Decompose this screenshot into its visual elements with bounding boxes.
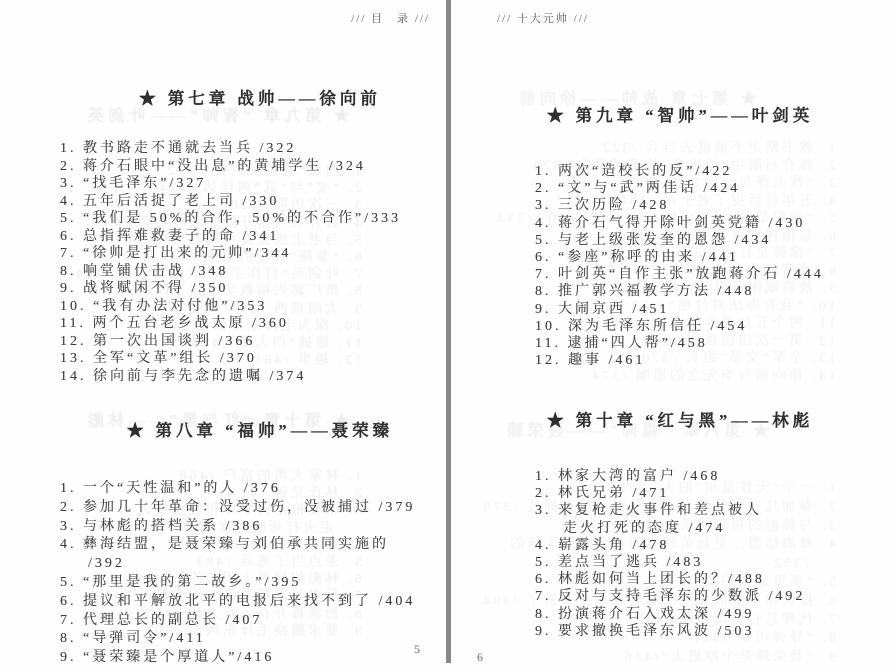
toc-entry: 12. 趣事 /461 [535, 352, 891, 369]
toc-entry: 12. 第一次出国谈判 /366 [60, 333, 432, 351]
toc-entry: 10. “我有办法对付他”/353 [60, 298, 432, 316]
chapter-toc-list: 1. 林家大湾的富户 /4682. 林氏兄弟 /4713. 来复枪走火事件和差点… [535, 468, 891, 640]
toc-entry: 7. “徐帅是打出来的元帅”/344 [60, 245, 432, 263]
chapter-toc-list: 1. 一个“天性温和”的人 /3762. 参加几十年革命：没受过伤，没被捕过 /… [60, 480, 432, 668]
toc-entry: 2. 蒋介石眼中“没出息”的黄埔学生 /324 [60, 158, 432, 176]
page-number-left: 5 [414, 642, 420, 657]
toc-entry: 6. 提议和平解放北平的电报后来找不到了 /404 [60, 593, 432, 612]
toc-entry: 2. 林氏兄弟 /471 [535, 485, 891, 502]
toc-entry: 1. 两次“造校长的反”/422 [535, 163, 891, 180]
toc-entry: 9. 要求撤换毛泽东风波 /503 [535, 623, 891, 640]
chapter-section: ★ 第十章 “红与黑”——林彪1. 林家大湾的富户 /4682. 林氏兄弟 /4… [535, 410, 891, 640]
toc-entry: 14. 徐向前与李先念的遗嘱 /374 [60, 368, 432, 386]
toc-entry: 3. “找毛泽东”/327 [60, 175, 432, 193]
toc-entry: 6. “参座”称呼的由来 /441 [535, 249, 891, 266]
toc-entry: 6. 总指挥难救妻子的命 /341 [60, 228, 432, 246]
toc-entry: 9. 战将赋闲不得 /350 [60, 280, 432, 298]
chapter-title: ★ 第九章 “智帅”——叶剑英 [535, 105, 891, 126]
toc-entry: 3. 三次历险 /428 [535, 197, 891, 214]
toc-entry: 9. 大闹京西 /451 [535, 301, 891, 318]
chapter-section: ★ 第九章 “智帅”——叶剑英1. 两次“造校长的反”/4222. “文”与“武… [535, 105, 891, 369]
toc-entry: 5. “我们是 50%的合作，50%的不合作”/333 [60, 210, 432, 228]
toc-entry: 2. 参加几十年革命：没受过伤，没被捕过 /379 [60, 499, 432, 518]
left-page-content: ★ 第七章 战帅——徐向前1. 教书路走不通就去当兵 /3222. 蒋介石眼中“… [60, 0, 432, 670]
toc-entry: 8. “导弹司令”/411 [60, 630, 432, 649]
toc-entry: 8. 推广郭兴福教学方法 /448 [535, 283, 891, 300]
chapter-title: ★ 第十章 “红与黑”——林彪 [535, 410, 891, 431]
left-page: ★ 第九章 “智帅”——叶剑英1. 两次“造校长的反”/4222. “文”与“武… [0, 0, 446, 670]
chapter-toc-list: 1. 教书路走不通就去当兵 /3222. 蒋介石眼中“没出息”的黄埔学生 /32… [60, 140, 432, 385]
toc-entry: 1. 教书路走不通就去当兵 /322 [60, 140, 432, 158]
toc-entry: 4. 五年后活捉了老上司 /330 [60, 193, 432, 211]
toc-entry: 3. 与林彪的搭档关系 /386 [60, 518, 432, 537]
toc-entry: 11. 两个五台老乡战太原 /360 [60, 315, 432, 333]
chapter-section: ★ 第七章 战帅——徐向前1. 教书路走不通就去当兵 /3222. 蒋介石眼中“… [60, 88, 432, 385]
toc-entry: 1. 林家大湾的富户 /468 [535, 468, 891, 485]
chapter-section: ★ 第八章 “福帅”——聂荣臻1. 一个“天性温和”的人 /3762. 参加几十… [60, 420, 432, 668]
book-spread: ★ 第九章 “智帅”——叶剑英1. 两次“造校长的反”/4222. “文”与“武… [0, 0, 896, 670]
toc-entry: 5. 差点当了逃兵 /483 [535, 554, 891, 571]
toc-entry: 9. “聂荣臻是个厚道人”/416 [60, 649, 432, 668]
toc-entry: 7. 叶剑英“自作主张”放跑蒋介石 /444 [535, 266, 891, 283]
toc-entry: 10. 深为毛泽东所信任 /454 [535, 318, 891, 335]
toc-entry: 2. “文”与“武”两佳话 /424 [535, 180, 891, 197]
toc-entry: 5. “那里是我的第二故乡。”/395 [60, 574, 432, 593]
toc-entry: 4. 崭露头角 /478 [535, 537, 891, 554]
toc-entry: 4. 蒋介石气得开除叶剑英党籍 /430 [535, 215, 891, 232]
chapter-title: ★ 第八章 “福帅”——聂荣臻 [60, 420, 432, 441]
right-page-content: ★ 第九章 “智帅”——叶剑英1. 两次“造校长的反”/4222. “文”与“武… [535, 0, 891, 670]
toc-entry: 13. 全军“文革”组长 /370 [60, 350, 432, 368]
toc-entry: 7. 反对与支持毛泽东的少数派 /492 [535, 588, 891, 605]
page-number-right: 6 [477, 650, 483, 665]
toc-entry: 3. 来复枪走火事件和差点被人 走火打死的态度 /474 [535, 502, 891, 536]
toc-entry: 11. 逮捕“四人帮”/458 [535, 335, 891, 352]
toc-entry: 8. 响堂铺伏击战 /348 [60, 263, 432, 281]
toc-entry: 5. 与老上级张发奎的恩怨 /434 [535, 232, 891, 249]
right-page: ★ 第七章 战帅——徐向前1. 教书路走不通就去当兵 /3222. 蒋介石眼中“… [451, 0, 896, 670]
toc-entry: 8. 扮演蒋介石入戏太深 /499 [535, 606, 891, 623]
toc-entry: 7. 代理总长的副总长 /407 [60, 612, 432, 631]
chapter-toc-list: 1. 两次“造校长的反”/4222. “文”与“武”两佳话 /4243. 三次历… [535, 163, 891, 369]
toc-entry: 4. 彝海结盟，是聂荣臻与刘伯承共同实施的 /392 [60, 536, 432, 574]
chapter-title: ★ 第七章 战帅——徐向前 [60, 88, 432, 109]
toc-entry: 6. 林彪如何当上团长的？/488 [535, 571, 891, 588]
toc-entry: 1. 一个“天性温和”的人 /376 [60, 480, 432, 499]
